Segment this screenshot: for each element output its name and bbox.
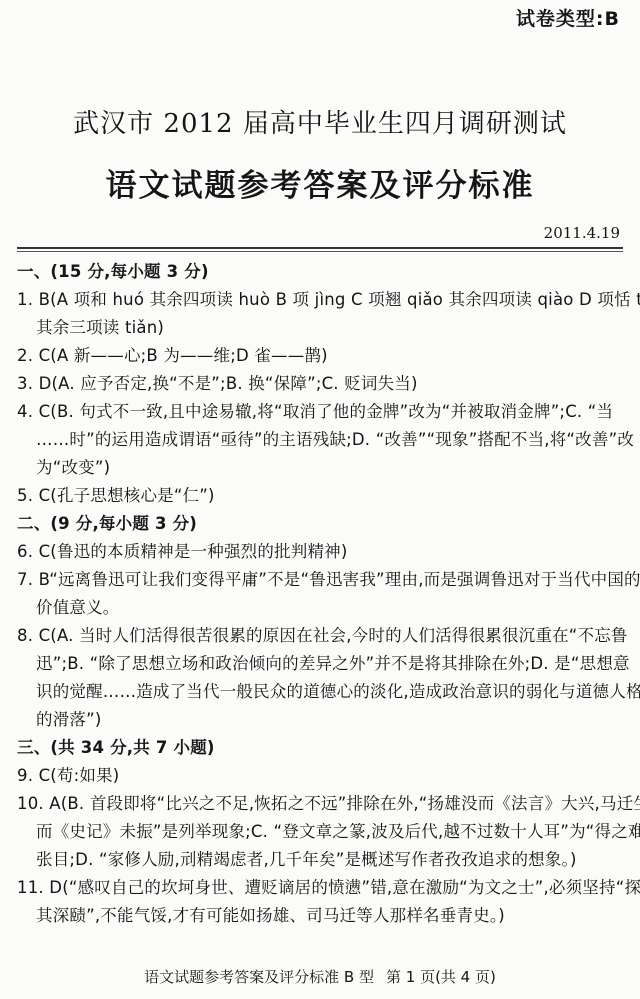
answer-line: 识的觉醒……造成了当代一般民众的道德心的淡化,造成政治意识的弱化与道德人格 (17, 678, 627, 706)
answer-line: 3. D(A. 应予否定,换“不是”;B. 换“保障”;C. 贬词失当) (17, 370, 627, 398)
answer-line: 而《史记》未振”是列举现象;C. “登文章之篆,波及后代,越不过数十人耳”为“得… (17, 818, 627, 846)
answer-line: 其深赜”,不能气馁,才有可能如扬雄、司马迁等人那样名垂青史。) (17, 902, 627, 930)
answer-item: 8. C(A. 当时人们活得很苦很累的原因在社会,今时的人们活得很累很沉重在“不… (17, 622, 627, 734)
document-title: 语文试题参考答案及评分标准 (0, 160, 640, 205)
answer-line: ……时”的运用造成谓语“亟待”的主语残缺;D. “改善”“现象”搭配不当,将“改… (17, 426, 627, 454)
section-heading: 二、(9 分,每小题 3 分) (17, 510, 627, 538)
answer-item: 4. C(B. 句式不一致,且中途易辙,将“取消了他的金牌”改为“并被取消金牌”… (17, 398, 627, 482)
answer-line: 9. C(苟:如果) (17, 762, 627, 790)
answer-line: 张目;D. “家修人励,刓精竭虑者,几千年矣”是概述写作者孜孜追求的想象。) (17, 846, 627, 874)
paper-type-label: 试卷类型:B (516, 4, 620, 31)
answer-content: 一、(15 分,每小题 3 分) 1. B(A 项和 huó 其余四项读 huò… (17, 258, 627, 930)
document-date: 2011.4.19 (544, 224, 620, 242)
answer-item: 3. D(A. 应予否定,换“不是”;B. 换“保障”;C. 贬词失当) (17, 370, 627, 398)
answer-line: 2. C(A 新——心;B 为——维;D 雀——鹊) (17, 342, 627, 370)
footer-page-info: 第 1 页(共 4 页) (386, 968, 496, 986)
section-heading: 一、(15 分,每小题 3 分) (17, 258, 627, 286)
answer-item: 2. C(A 新——心;B 为——维;D 雀——鹊) (17, 342, 627, 370)
answer-line: 其余三项读 tiǎn) (17, 314, 627, 342)
answer-line: 6. C(鲁迅的本质精神是一种强烈的批判精神) (17, 538, 627, 566)
answer-line: 为“改变”) (17, 454, 627, 482)
answer-line: 7. B“远离鲁迅可让我们变得平庸”不是“鲁迅害我”理由,而是强调鲁迅对于当代中… (17, 566, 627, 594)
answer-line: 11. D(“感叹自己的坎坷身世、遭贬谪居的愤懑”错,意在激励“为文之士”,必须… (17, 874, 627, 902)
answer-item: 6. C(鲁迅的本质精神是一种强烈的批判精神) (17, 538, 627, 566)
answer-line: 的滑落”) (17, 706, 627, 734)
answer-line: 4. C(B. 句式不一致,且中途易辙,将“取消了他的金牌”改为“并被取消金牌”… (17, 398, 627, 426)
footer-doc-label: 语文试题参考答案及评分标准 B 型 (144, 968, 374, 986)
answer-item: 10. A(B. 首段即将“比兴之不足,恢拓之不远”排除在外,“扬雄没而《法言》… (17, 790, 627, 874)
answer-item: 9. C(苟:如果) (17, 762, 627, 790)
answer-line: 1. B(A 项和 huó 其余四项读 huò B 项 jìng C 项翘 qi… (17, 286, 627, 314)
answer-item: 11. D(“感叹自己的坎坷身世、遭贬谪居的愤懑”错,意在激励“为文之士”,必须… (17, 874, 627, 930)
answer-item: 1. B(A 项和 huó 其余四项读 huò B 项 jìng C 项翘 qi… (17, 286, 627, 342)
answer-line: 5. C(孔子思想核心是“仁”) (17, 482, 627, 510)
page-footer: 语文试题参考答案及评分标准 B 型第 1 页(共 4 页) (0, 966, 640, 987)
answer-line: 10. A(B. 首段即将“比兴之不足,恢拓之不远”排除在外,“扬雄没而《法言》… (17, 790, 627, 818)
section-heading: 三、(共 34 分,共 7 小题) (17, 734, 627, 762)
header-divider (17, 247, 623, 252)
answer-line: 8. C(A. 当时人们活得很苦很累的原因在社会,今时的人们活得很累很沉重在“不… (17, 622, 627, 650)
exam-title: 武汉市 2012 届高中毕业生四月调研测试 (0, 103, 640, 140)
answer-line: 价值意义。 (17, 594, 627, 622)
answer-item: 5. C(孔子思想核心是“仁”) (17, 482, 627, 510)
answer-item: 7. B“远离鲁迅可让我们变得平庸”不是“鲁迅害我”理由,而是强调鲁迅对于当代中… (17, 566, 627, 622)
answer-line: 迅”;B. “除了思想立场和政治倾向的差异之外”并不是将其排除在外;D. 是“思… (17, 650, 627, 678)
